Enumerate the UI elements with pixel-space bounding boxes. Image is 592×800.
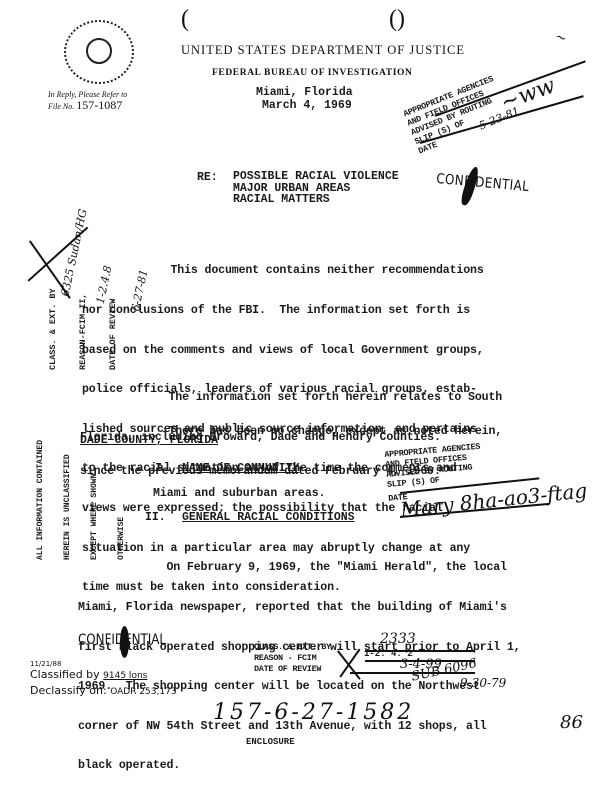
punch-mark-left: (: [181, 6, 189, 33]
file-label: File No.: [48, 102, 74, 111]
location: Miami, Florida: [256, 86, 353, 99]
page-mark: 86: [560, 712, 583, 733]
classified-by-label: Classified by: [30, 668, 100, 681]
section1-number: I.: [155, 462, 169, 475]
confidential-stamp-top: CONFIDENTIAL: [436, 171, 530, 195]
department-title: UNITED STATES DEPARTMENT OF JUSTICE: [181, 43, 465, 58]
text-line: nor conclusions of the FBI. The informat…: [82, 304, 484, 317]
text-line: This document contains neither recommend…: [82, 264, 484, 277]
note-line: ALL INFORMATION CONTAINED: [36, 440, 45, 560]
re-label: RE:: [197, 171, 218, 184]
stamp-line: DATE OF REVIEW: [254, 664, 331, 675]
declassify-label: Declassify on:: [30, 684, 107, 697]
section1-title: NAME OF COMMUNITY: [182, 462, 299, 475]
text-line: black operated.: [78, 759, 520, 772]
signature-scribble: ~ww: [497, 73, 558, 116]
stamp-line: CLASS. & EXT. BY: [254, 642, 331, 653]
enclosure-stamp: ENCLOSURE: [246, 737, 295, 747]
bureau-title: FEDERAL BUREAU OF INVESTIGATION: [212, 68, 412, 78]
text-line: On February 9, 1969, the "Miami Herald",…: [78, 561, 520, 574]
section1-text: Miami and suburban areas.: [153, 487, 326, 500]
classified-by-prefix: 11/21/88: [30, 660, 61, 668]
section2-number: II.: [145, 511, 166, 524]
subject-block: POSSIBLE RACIAL VIOLENCE MAJOR URBAN ARE…: [233, 171, 399, 206]
text-line: based on the comments and views of local…: [82, 344, 484, 357]
redaction-blot: [120, 626, 129, 658]
class-stamp-bottom: CLASS. & EXT. BY REASON - FCIM DATE OF R…: [254, 642, 331, 675]
file-number-line: File No. 157-1087: [48, 98, 122, 113]
declassify-line: Declassify on: OADR 253,173: [30, 684, 177, 697]
stamp-line: CLASS. & EXT. BY: [48, 288, 58, 370]
handwritten-file-number: 157-6-27-1582: [213, 700, 414, 725]
subject-line: POSSIBLE RACIAL VIOLENCE: [233, 171, 399, 183]
classified-by-value: 9145 lons: [103, 671, 147, 681]
stamp-line: REASON - FCIM: [254, 653, 331, 664]
declassify-value: OADR 253,173: [110, 687, 176, 697]
punch-mark-right: (): [389, 6, 405, 33]
class-handwritten-date: 9-30-79: [460, 676, 506, 690]
note-line: HEREIN IS UNCLASSIFIED: [63, 440, 72, 560]
text-line: Miami, Florida newspaper, reported that …: [78, 601, 520, 614]
memo-date: March 4, 1969: [262, 99, 352, 112]
file-number: 157-1087: [76, 98, 122, 112]
section2-title: GENERAL RACIAL CONDITIONS: [182, 511, 355, 524]
corner-mark: ~: [553, 28, 569, 47]
section-heading-dade: DADE COUNTY, FLORIDA: [80, 434, 218, 447]
subject-line: RACIAL MATTERS: [233, 194, 399, 206]
class-handwritten-code: 2333: [380, 631, 416, 647]
classified-by-line: Classified by 9145 lons: [30, 668, 147, 681]
seal-center-icon: [86, 38, 112, 64]
